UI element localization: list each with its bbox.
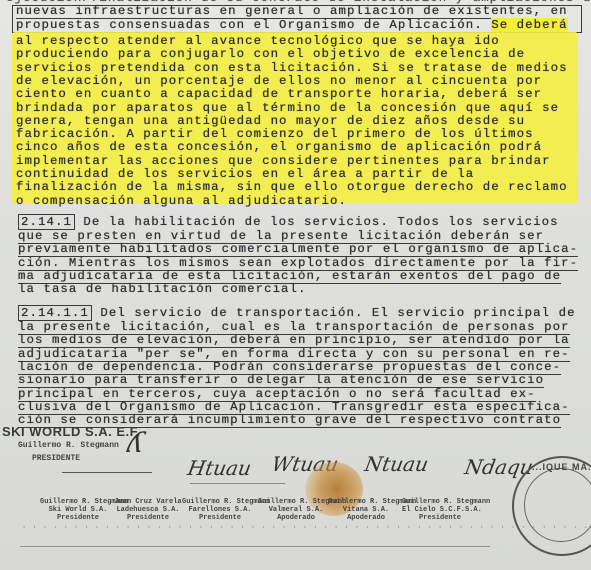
signatory-name: Guillermo R. Stegmann <box>40 498 116 506</box>
highlighted-line: ciento en cuanto a capacidad de transpor… <box>16 87 542 101</box>
signatory-role: Apoderado <box>258 514 334 522</box>
highlighted-line: servicios pretendida con esta licitación… <box>16 61 568 75</box>
signatory-name: Guillermo R. Stegmann <box>182 498 258 506</box>
section-2-14-line: ción. Mientras los mismos sean explotado… <box>18 256 578 270</box>
section-number-box-2: 2.14.1.1 <box>18 305 92 321</box>
signatory-caption: Guillermo R. StegmannEl Cielo S.C.F.S.A.… <box>402 498 478 522</box>
signatory-company: El Cielo S.C.F.S.A. <box>402 506 478 514</box>
round-stamp-text: ...IQUE MA... <box>532 462 591 472</box>
section-2-14-1-1-line: lación de dependencia. Podrán considerar… <box>18 360 561 374</box>
section-2-14-1-1-line: adjudicataria "per se", en forma directa… <box>18 347 570 361</box>
signatory-caption: Guillermo R. StegmannFarellones S.A.Pres… <box>182 498 258 522</box>
highlighted-line: finalización de la misma, sin que ello o… <box>16 180 568 194</box>
section-2-14-line: ma adjudicataria de esta licitación, est… <box>18 269 561 283</box>
highlighted-line: continuidad de los servicios en el área … <box>16 167 474 181</box>
highlighted-line: cinco años de esta concesión, el organis… <box>16 140 542 154</box>
signatory-company: Vitana S.A. <box>328 506 404 514</box>
highlighted-line: o compensación alguna al adjudicatario. <box>16 194 347 208</box>
company-stamp-person: Guillermo R. Stegmann <box>18 441 119 451</box>
scanned-document-page: ejecución/finalización de su contrato de… <box>0 0 591 570</box>
highlighted-line: fabricación. A partir del comienzo del p… <box>16 127 534 141</box>
intro-line-1: nuevas infraestructuras en general o amp… <box>16 4 568 18</box>
signature-line <box>190 483 285 484</box>
highlighted-line: genera, tengan una antigüedad no mayor d… <box>16 114 525 128</box>
bottom-rule <box>20 546 490 547</box>
signature-4: Ntuau <box>363 452 430 476</box>
signatory-name: Juan Cruz Varela <box>110 498 186 506</box>
signatory-company: Farellones S.A. <box>182 506 258 514</box>
signatory-caption: Juan Cruz VarelaLadehuesca S.A.President… <box>110 498 186 522</box>
section-2-14-line: la tasa de habilitación comercial. <box>18 282 307 296</box>
signatory-role: Apoderado <box>328 514 404 522</box>
section-2-14-1-1-line: los medios de elevación, deberá en princ… <box>18 333 570 347</box>
signatory-caption: Guillermo R. StegmannValmeral S.A.Apoder… <box>258 498 334 522</box>
highlighted-line: de elevación, un porcentaje de ellos no … <box>16 74 542 88</box>
signatory-company: Ladehuesca S.A. <box>110 506 186 514</box>
section-2-14-1-1-heading: 2.14.1.1 Del servicio de transportación.… <box>18 306 576 320</box>
highlight-start: Se deberá <box>491 18 567 32</box>
section-2-14-1-1-line: clusiva del Organismo de Aplicación. Tra… <box>18 400 570 414</box>
signatory-name: Guillermo R. Stegmann <box>402 498 478 506</box>
signatory-name: Guillermo R. Stegmann <box>258 498 334 506</box>
signature-2: Htuau <box>186 456 253 480</box>
signatory-role: Presidente <box>402 514 478 522</box>
company-stamp-name: SKI WORLD S.A. E.F. <box>2 424 141 439</box>
section-2-14-1-1-line: la presente licitación, cual es la trans… <box>18 320 570 334</box>
section-2-14-line: previamente habilitados comercialmente p… <box>18 242 578 256</box>
signatory-role: Presidente <box>182 514 258 522</box>
company-stamp-role: PRESIDENTE <box>32 454 80 464</box>
signature-line <box>62 472 152 473</box>
highlighted-line: produciendo para conjugarlo con el objet… <box>16 47 525 61</box>
signatory-caption: Guillermo R. StegmannVitana S.A.Apoderad… <box>328 498 404 522</box>
dotted-marks: · · · · · · · · · · · · · · · · · · · · … <box>22 524 589 532</box>
signatory-name: Guillermo R. Stegmann <box>328 498 404 506</box>
section-number-box: 2.14.1 <box>18 214 75 230</box>
section-2-14-heading: 2.14.1 De la habilitación de los servici… <box>18 215 559 229</box>
highlighted-line: implementar las acciones que considere p… <box>16 154 551 168</box>
signatory-caption: Guillermo R. StegmannSki World S.A.Presi… <box>40 498 116 522</box>
highlighted-line: al respecto atender al avance tecnológic… <box>16 34 500 48</box>
signatory-company: Ski World S.A. <box>40 506 116 514</box>
highlighted-line: brindada por aparatos que al término de … <box>16 101 559 115</box>
section-2-14-1-1-line: sionario para transferir o delegar la at… <box>18 373 544 387</box>
signatory-role: Presidente <box>110 514 186 522</box>
section-2-14-line: que se presten en virtud de la presente … <box>18 229 544 243</box>
section-2-14-1-1-line: principal en terceros, cuya aceptación o… <box>18 387 536 401</box>
signatory-company: Valmeral S.A. <box>258 506 334 514</box>
intro-line-2: propuestas consensuadas con el Organismo… <box>16 18 568 32</box>
signatory-role: Presidente <box>40 514 116 522</box>
